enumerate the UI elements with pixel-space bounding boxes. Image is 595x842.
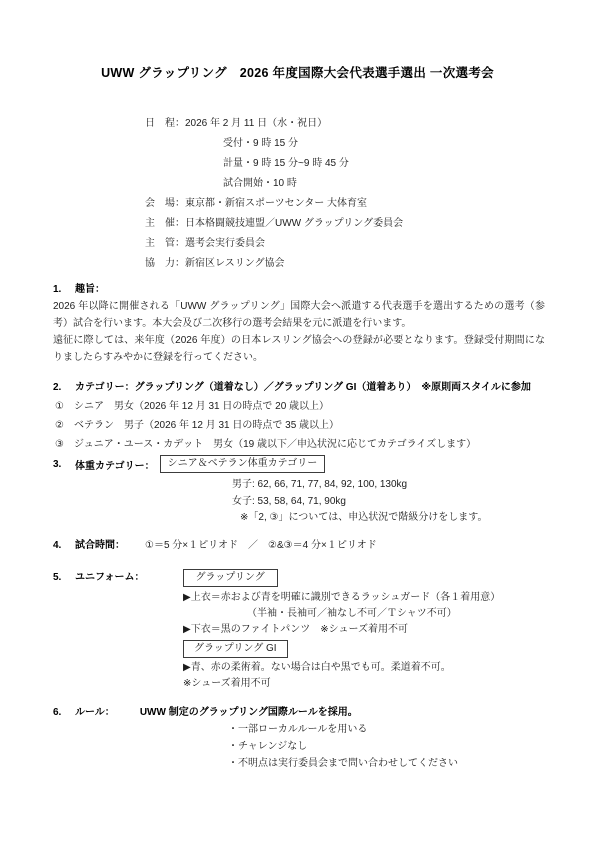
event-info: 日 程：2026 年 2 月 11 日（水・祝日） 受付・9 時 15 分 計量… bbox=[145, 114, 403, 274]
section-rules: 6. ルール： UWW 制定のグラップリング国際ルールを採用。 ・一部ローカルル… bbox=[53, 703, 545, 772]
list-item-veteran: ② ベテラン 男子（2026 年 12 月 31 日の時点で 35 歳以上） bbox=[55, 416, 545, 435]
rule-challenge: ・チャレンジなし bbox=[228, 738, 545, 755]
section-label: 趣旨： bbox=[75, 281, 105, 298]
section-label: カテゴリー： bbox=[75, 378, 135, 397]
uniform-sleeve-rule: （半袖・長袖可／袖なし不可／Ｔシャツ不可） bbox=[183, 606, 545, 622]
section-category-heading: 2. カテゴリー： グラップリング（道着なし）／グラップリング GI（道着あり）… bbox=[53, 378, 545, 397]
section-rules-heading: 6. ルール： UWW 制定のグラップリング国際ルールを採用。 bbox=[53, 703, 545, 718]
section-match-time: 4. 試合時間： ①＝5 分×１ピリオド ／ ②&③＝4 分×１ピリオド bbox=[53, 536, 545, 551]
info-line-venue: 会 場：東京都・新宿スポーツセンター 大体育室 bbox=[145, 194, 403, 214]
info-line-date: 日 程：2026 年 2 月 11 日（水・祝日） bbox=[145, 114, 403, 134]
section-number: 6. bbox=[53, 707, 75, 718]
section-label: ユニフォーム： bbox=[75, 568, 145, 583]
match-time-value: ①＝5 分×１ピリオド ／ ②&③＝4 分×１ピリオド bbox=[145, 536, 377, 551]
info-line-organizer: 主 催：日本格闘競技連盟／UWW グラップリング委員会 bbox=[145, 214, 403, 234]
page-title: UWW グラップリング 2026 年度国際大会代表選手選出 一次選考会 bbox=[0, 63, 595, 81]
section-purpose: 1. 趣旨： 2026 年以降に開催される「UWW グラップリング」国際大会へ派… bbox=[53, 281, 545, 366]
section-match-time-heading: 4. 試合時間： ①＝5 分×１ピリオド ／ ②&③＝4 分×１ピリオド bbox=[53, 536, 545, 551]
grappling-gi-box-row: グラップリング GI bbox=[183, 640, 545, 658]
grappling-box: グラップリング bbox=[183, 569, 278, 587]
uniform-bottom-rule: ▶下衣＝黒のファイトパンツ ※シューズ着用不可 bbox=[183, 622, 545, 638]
info-line-reception: 受付・9 時 15 分 bbox=[145, 134, 403, 154]
info-line-cooperation: 協 力：新宿区レスリング協会 bbox=[145, 254, 403, 274]
paragraph: 2026 年以降に開催される「UWW グラップリング」国際大会へ派遣する代表選手… bbox=[53, 298, 545, 332]
rules-list: ・一部ローカルルールを用いる ・チャレンジなし ・不明点は実行委員会まで問い合わ… bbox=[53, 721, 545, 772]
uniform-top-rule: ▶上衣＝赤および青を明確に識別できるラッシュガード（各１着用意） bbox=[183, 590, 545, 606]
gi-color-rule: ▶青、赤の柔術着。ない場合は白や黒でも可。柔道着不可。 bbox=[183, 660, 545, 676]
list-item-junior: ③ ジュニア・ユース・カデット 男女（19 歳以下／申込状況に応じてカテゴライズ… bbox=[55, 435, 545, 454]
weight-lists: 男子: 62, 66, 71, 77, 84, 92, 100, 130kg 女… bbox=[53, 477, 545, 527]
uniform-rules: ▶上衣＝赤および青を明確に識別できるラッシュガード（各１着用意） （半袖・長袖可… bbox=[53, 590, 545, 692]
section-weight-heading: 3. 体重カテゴリー： シニア＆ベテラン体重カテゴリー bbox=[53, 455, 545, 473]
weights-men: 男子: 62, 66, 71, 77, 84, 92, 100, 130kg bbox=[53, 477, 545, 494]
document-page: UWW グラップリング 2026 年度国際大会代表選手選出 一次選考会 日 程：… bbox=[0, 0, 595, 842]
weights-women: 女子: 53, 58, 64, 71, 90kg bbox=[53, 494, 545, 511]
list-item-senior: ① シニア 男女（2026 年 12 月 31 日の時点で 20 歳以上） bbox=[55, 397, 545, 416]
section-purpose-heading: 1. 趣旨： bbox=[53, 281, 545, 298]
section-number: 3. bbox=[53, 459, 75, 470]
section-uniform: 5. ユニフォーム： グラップリング ▶上衣＝赤および青を明確に識別できるラッシ… bbox=[53, 568, 545, 692]
info-line-management: 主 管：選考会実行委員会 bbox=[145, 234, 403, 254]
section-label: 試合時間： bbox=[75, 536, 125, 551]
grappling-gi-box: グラップリング GI bbox=[183, 640, 288, 658]
section-label: ルール： bbox=[75, 703, 115, 718]
section-category: 2. カテゴリー： グラップリング（道着なし）／グラップリング GI（道着あり）… bbox=[53, 378, 545, 454]
paragraph: 遠征に際しては、来年度（2026 年度）の日本レスリング協会への登録が必要となり… bbox=[53, 332, 545, 366]
rules-headline: UWW 制定のグラップリング国際ルールを採用。 bbox=[140, 703, 358, 718]
section-number: 2. bbox=[53, 378, 75, 397]
gi-shoes-rule: ※シューズ着用不可 bbox=[183, 676, 545, 692]
section-label: 体重カテゴリー： bbox=[75, 457, 155, 472]
section-uniform-heading: 5. ユニフォーム： グラップリング bbox=[53, 568, 545, 587]
rule-contact: ・不明点は実行委員会まで問い合わせしてください bbox=[228, 755, 545, 772]
info-line-weighin: 計量・9 時 15 分~9 時 45 分 bbox=[145, 154, 403, 174]
section-number: 1. bbox=[53, 281, 75, 298]
section-number: 5. bbox=[53, 572, 75, 583]
section-weight-category: 3. 体重カテゴリー： シニア＆ベテラン体重カテゴリー 男子: 62, 66, … bbox=[53, 455, 545, 527]
weights-note: ※「2, ③」については、申込状況で階級分けをします。 bbox=[53, 510, 545, 527]
rule-local: ・一部ローカルルールを用いる bbox=[228, 721, 545, 738]
info-line-start: 試合開始・10 時 bbox=[145, 174, 403, 194]
section-number: 4. bbox=[53, 540, 75, 551]
weight-category-box: シニア＆ベテラン体重カテゴリー bbox=[160, 455, 326, 473]
category-styles: グラップリング（道着なし）／グラップリング GI（道着あり） ※原則両スタイルに… bbox=[135, 378, 531, 397]
